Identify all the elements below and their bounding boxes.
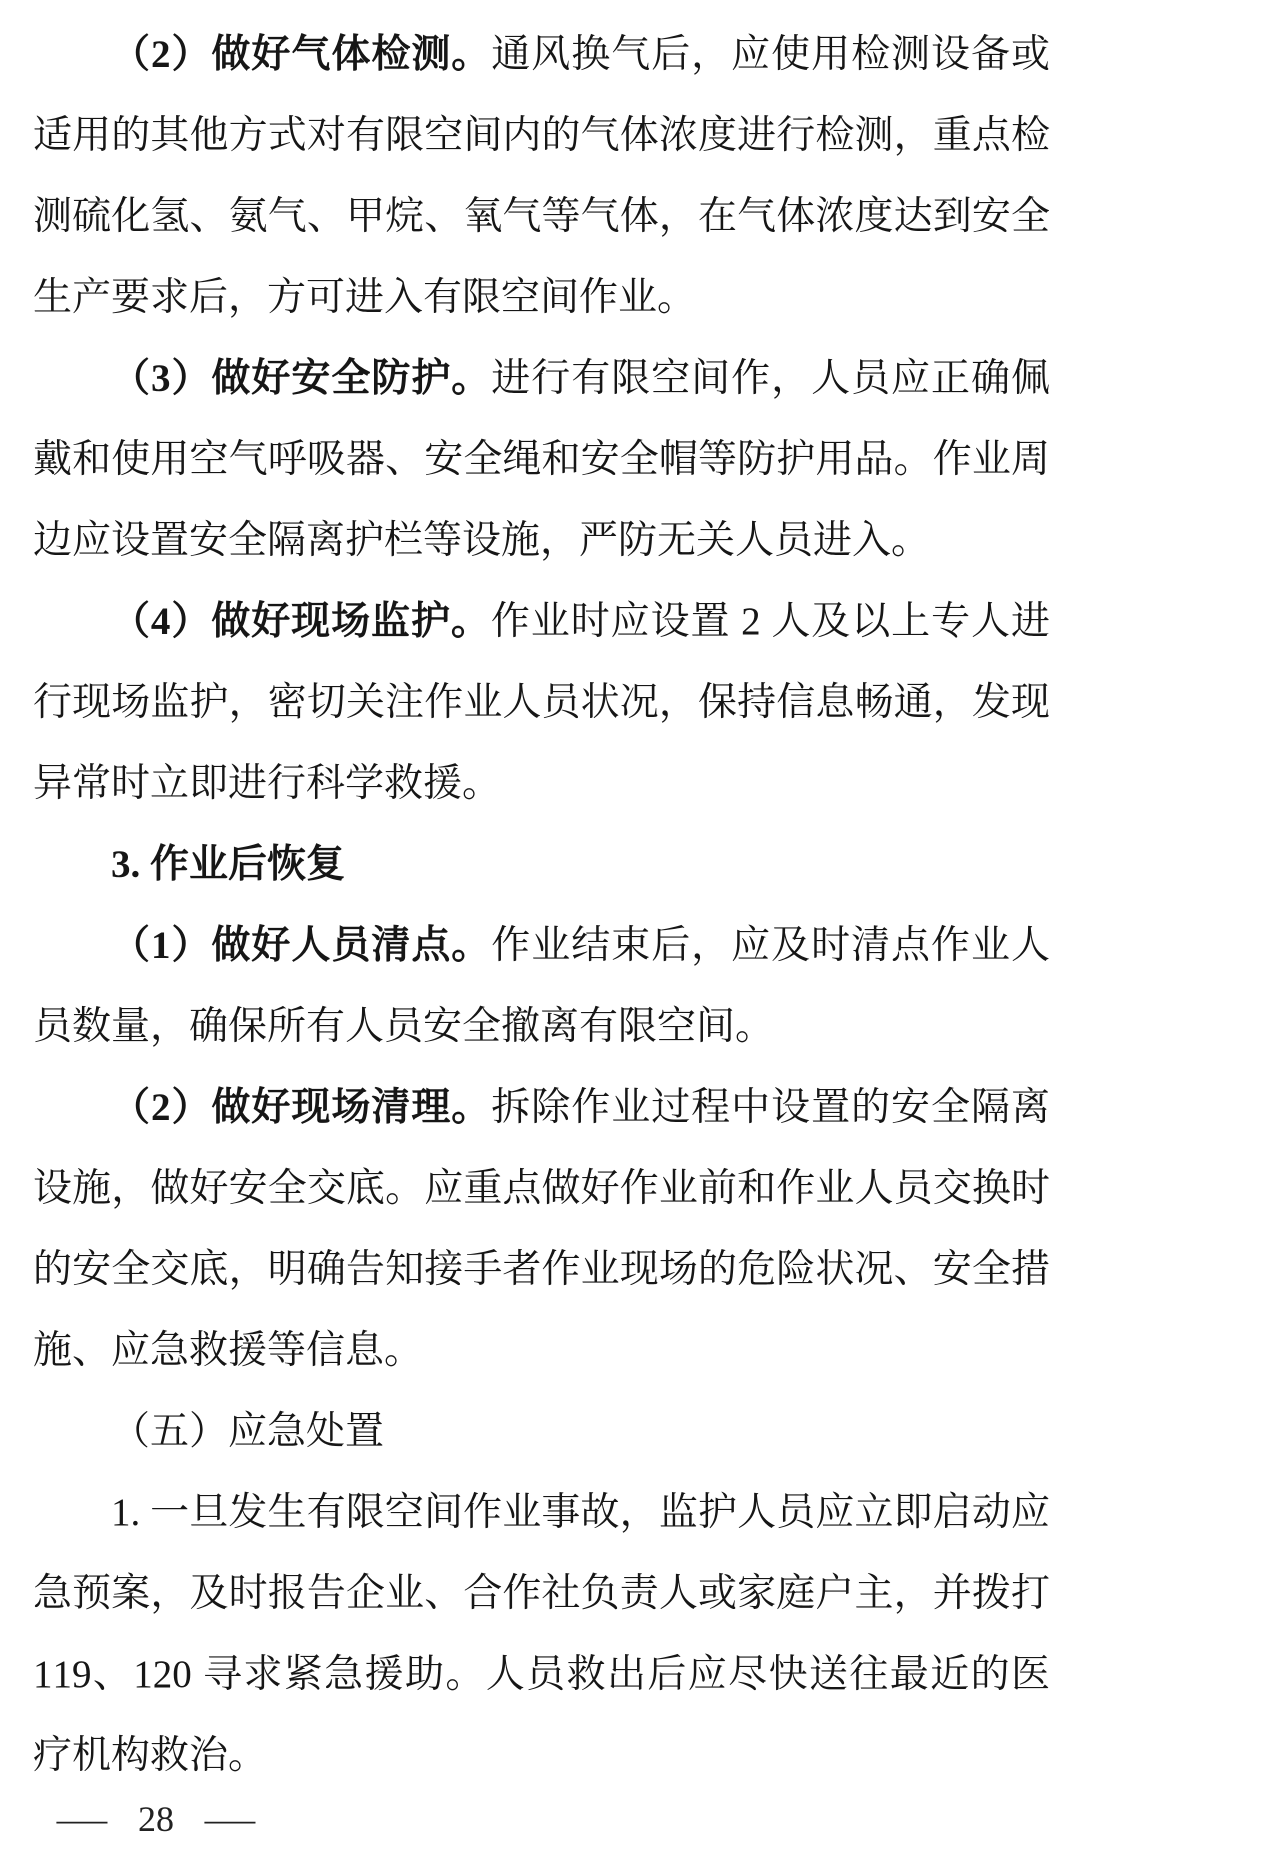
paragraph-gas-detection: （2）做好气体检测。通风换气后，应使用检测设备或适用的其他方式对有限空间内的气体… (33, 14, 1050, 338)
paragraph-personnel-count: （1）做好人员清点。作业结束后，应及时清点作业人员数量，确保所有人员安全撤离有限… (33, 905, 1050, 1067)
section-heading-emergency-response: （五）应急处置 (33, 1391, 1050, 1472)
paragraph-safety-protection-lead: （3）做好安全防护。 (111, 357, 491, 400)
paragraph-site-monitoring-lead: （4）做好现场监护。 (111, 600, 491, 643)
paragraph-safety-protection: （3）做好安全防护。进行有限空间作，人员应正确佩戴和使用空气呼吸器、安全绳和安全… (33, 338, 1050, 581)
paragraph-gas-detection-lead: （2）做好气体检测。 (111, 33, 491, 76)
page-footer: — 28 — (64, 1801, 248, 1837)
paragraph-site-cleanup: （2）做好现场清理。拆除作业过程中设置的安全隔离设施，做好安全交底。应重点做好作… (33, 1067, 1050, 1391)
footer-dash-right: — (205, 1801, 255, 1837)
paragraph-site-cleanup-lead: （2）做好现场清理。 (111, 1086, 491, 1129)
paragraph-emergency-procedure: 1. 一旦发生有限空间作业事故，监护人员应立即启动应急预案，及时报告企业、合作社… (33, 1472, 1050, 1796)
paragraph-emergency-procedure-body: 1. 一旦发生有限空间作业事故，监护人员应立即启动应急预案，及时报告企业、合作社… (33, 1491, 1050, 1777)
document-page: （2）做好气体检测。通风换气后，应使用检测设备或适用的其他方式对有限空间内的气体… (0, 0, 1280, 1861)
footer-dash-left: — (57, 1801, 107, 1837)
section-heading-emergency-response-text: （五）应急处置 (111, 1410, 384, 1453)
paragraph-personnel-count-lead: （1）做好人员清点。 (111, 924, 491, 967)
section-heading-post-operation-recovery: 3. 作业后恢复 (33, 824, 1050, 905)
page-number: 28 (138, 1801, 174, 1837)
paragraph-site-monitoring: （4）做好现场监护。作业时应设置 2 人及以上专人进行现场监护，密切关注作业人员… (33, 581, 1050, 824)
section-heading-post-operation-recovery-text: 3. 作业后恢复 (111, 843, 345, 886)
